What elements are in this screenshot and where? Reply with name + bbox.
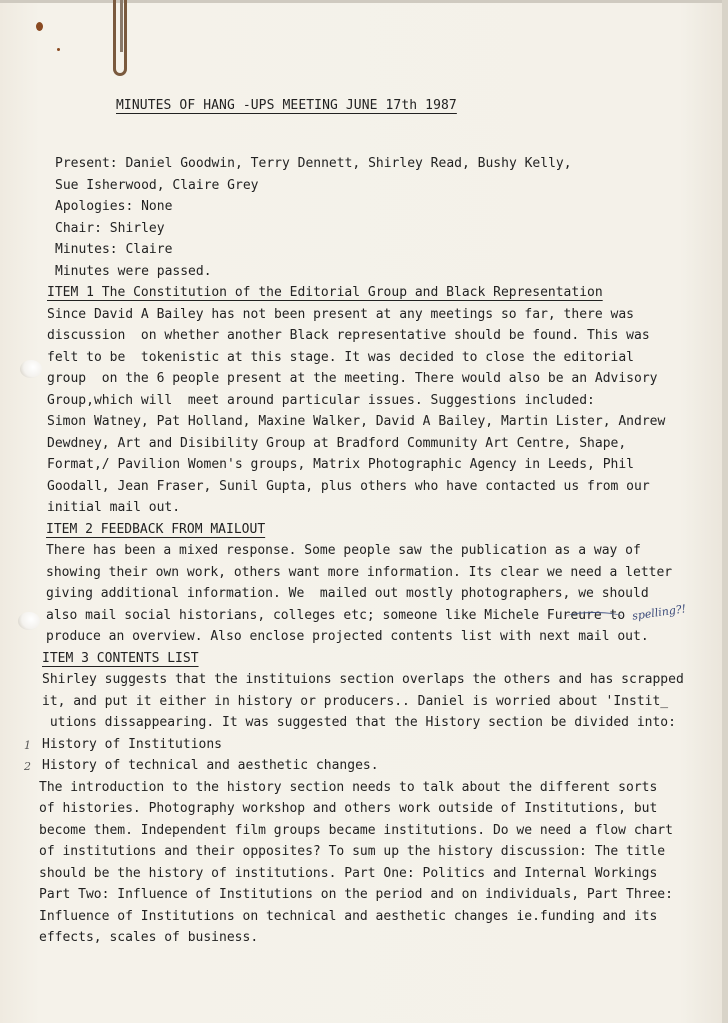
item-heading: ITEM 3 CONTENTS LIST xyxy=(42,651,199,666)
item-line: giving additional information. We mailed… xyxy=(46,586,649,601)
item-line: Dewdney, Art and Disibility Group at Bra… xyxy=(47,436,626,451)
item-line: There has been a mixed response. Some pe… xyxy=(46,543,641,558)
item-line: The introduction to the history section … xyxy=(39,780,657,795)
paperclip-wire xyxy=(120,0,123,52)
list-item: History of technical and aesthetic chang… xyxy=(42,758,379,773)
item-line: showing their own work, others want more… xyxy=(46,565,672,580)
page-top-edge xyxy=(0,0,728,3)
item-line: utions dissappearing. It was suggested t… xyxy=(42,715,676,730)
rust-spot xyxy=(36,22,43,31)
item-line: should be the history of institutions. P… xyxy=(39,866,657,881)
item-line: Simon Watney, Pat Holland, Maxine Walker… xyxy=(47,414,665,429)
item-line: Shirley suggests that the instituions se… xyxy=(42,672,684,687)
item-line: initial mail out. xyxy=(47,500,180,515)
item-line: Group,which will meet around particular … xyxy=(47,393,595,408)
header-line: Present: Daniel Goodwin, Terry Dennett, … xyxy=(55,156,572,171)
item-line: Goodall, Jean Fraser, Sunil Gupta, plus … xyxy=(47,479,650,494)
item-line: discussion on whether another Black repr… xyxy=(47,328,650,343)
rust-spot xyxy=(57,48,60,51)
item-line: produce an overview. Also enclose projec… xyxy=(46,629,649,644)
item-line: effects, scales of business. xyxy=(39,930,258,945)
header-line: Apologies: None xyxy=(55,199,172,214)
header-line: Minutes: Claire xyxy=(55,242,172,257)
list-marker: 2 xyxy=(24,760,31,773)
item-heading: ITEM 1 The Constitution of the Editorial… xyxy=(47,285,603,300)
item-line: Influence of Institutions on technical a… xyxy=(39,909,657,924)
document-title: MINUTES OF HANG -UPS MEETING JUNE 17th 1… xyxy=(116,98,457,113)
list-item: History of Institutions xyxy=(42,737,222,752)
item-line: it, and put it either in history or prod… xyxy=(42,694,668,709)
item-line: Format,/ Pavilion Women's groups, Matrix… xyxy=(47,457,634,472)
page-right-edge xyxy=(722,0,728,1023)
punch-hole xyxy=(20,360,42,378)
item-line: also mail social historians, colleges et… xyxy=(46,608,625,623)
item-line: of institutions and their opposites? To … xyxy=(39,844,665,859)
header-line: Chair: Shirley xyxy=(55,221,165,236)
item-line: Since David A Bailey has not been presen… xyxy=(47,307,634,322)
item-line: of histories. Photography workshop and o… xyxy=(39,801,657,816)
header-line: Minutes were passed. xyxy=(55,264,212,279)
header-line: Sue Isherwood, Claire Grey xyxy=(55,178,259,193)
handwritten-arrow xyxy=(565,612,623,623)
punch-hole xyxy=(18,612,40,630)
item-line: Part Two: Influence of Institutions on t… xyxy=(39,887,673,902)
item-line: become them. Independent film groups bec… xyxy=(39,823,673,838)
item-line: felt to be tokenistic at this stage. It … xyxy=(47,350,634,365)
item-heading: ITEM 2 FEEDBACK FROM MAILOUT xyxy=(46,522,265,537)
item-line: group on the 6 people present at the mee… xyxy=(47,371,657,386)
list-marker: 1 xyxy=(24,739,31,752)
